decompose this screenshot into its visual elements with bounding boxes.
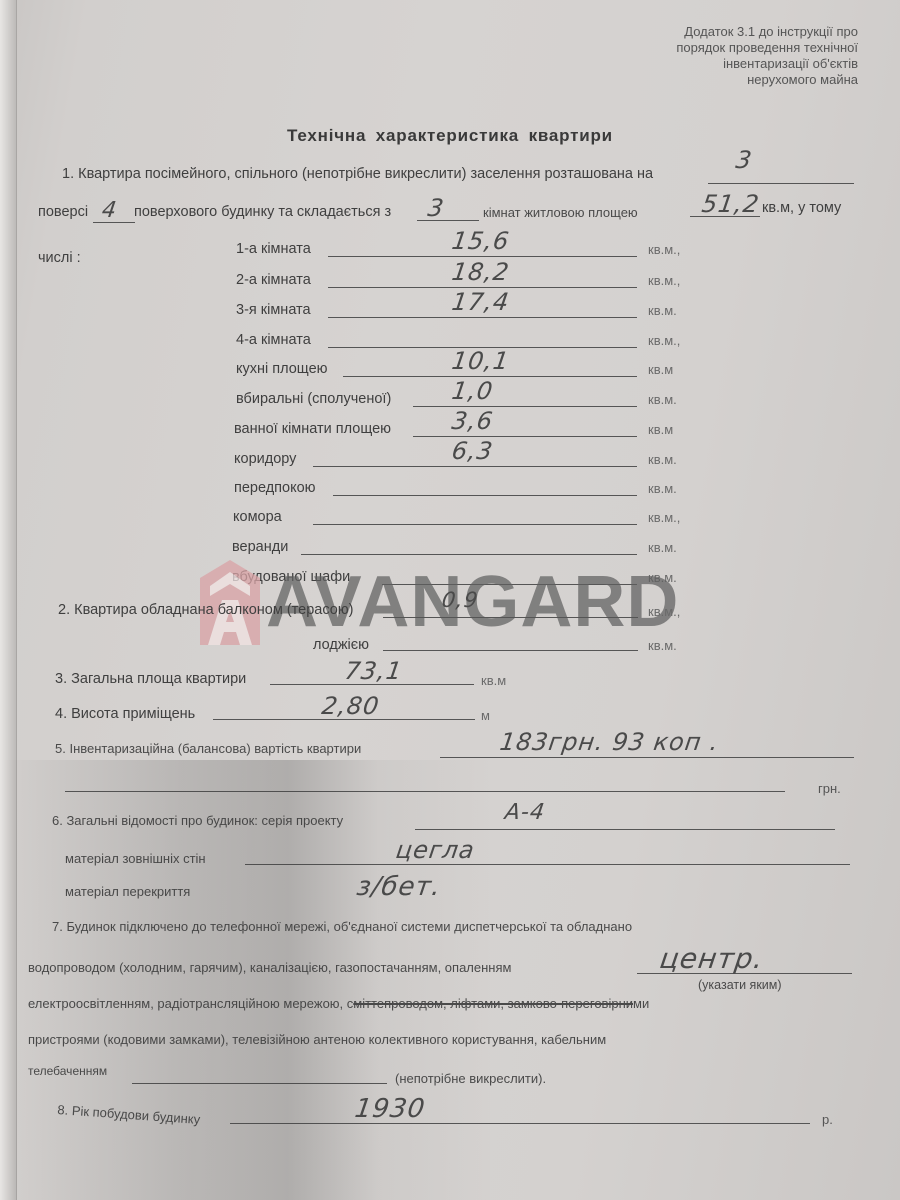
walls-value[interactable]: цегла [394, 836, 477, 864]
section7-line3-struck: міттепроводом, ліфтами, замково-перегові… [353, 996, 633, 1011]
series-value[interactable]: А-4 [503, 800, 547, 825]
room-row-unit: кв.м. [648, 303, 677, 318]
balcony-value[interactable]: 0,9 [440, 588, 480, 612]
balcony-unit: кв.м., [648, 604, 680, 619]
section1-suffix: кв.м, у тому [762, 200, 841, 216]
room-row-label: 1-а кімната [236, 241, 311, 257]
room-row-value[interactable]: 17,4 [450, 288, 511, 316]
floors-material-label: матеріал перекриття [65, 884, 190, 899]
room-row-label: передпокою [234, 480, 316, 496]
loggia-unit: кв.м. [648, 638, 677, 653]
year-unit: р. [822, 1112, 833, 1127]
room-row-label: коридору [234, 451, 296, 467]
section1-storeys-label: поверхового будинку та складається з [134, 204, 391, 220]
room-row-value[interactable]: 18,2 [450, 258, 511, 286]
value-field-line-2 [65, 791, 785, 792]
page-edge [0, 0, 17, 1200]
room-row-field-line [328, 256, 637, 257]
room-row-unit: кв.м [648, 362, 673, 377]
section7-line1: 7. Будинок підключено до телефонної мере… [52, 919, 632, 934]
section1-line1: 1. Квартира посімейного, спільного (непо… [62, 166, 653, 182]
room-row-unit: кв.м. [648, 481, 677, 496]
value-unit: грн. [818, 781, 841, 796]
section7-line3-plain: електроосвітленням, радіотрансляційною м… [28, 996, 353, 1011]
heating-value[interactable]: центр. [658, 942, 766, 975]
room-row-unit: кв.м., [648, 273, 680, 288]
section7-line4: пристроями (кодовими замками), телевізій… [28, 1032, 606, 1047]
room-row-label: веранди [232, 539, 288, 555]
room-row-unit: кв.м. [648, 392, 677, 407]
room-row-unit: кв.м. [648, 540, 677, 555]
section3-label: 3. Загальна площа квартири [55, 671, 246, 687]
room-row-field-line [313, 466, 637, 467]
appendix-line: Додаток 3.1 до інструкції про [676, 24, 858, 40]
room-row-unit: кв.м., [648, 510, 680, 525]
section5-label: 5. Інвентаризаційна (балансова) вартість… [55, 741, 361, 756]
room-row-unit: кв.м., [648, 333, 680, 348]
cable-tv-field-line [132, 1083, 387, 1084]
height-value[interactable]: 2,80 [320, 692, 381, 720]
living-area-value[interactable]: 51,2 [700, 190, 761, 218]
room-row-field-line [301, 554, 637, 555]
loggia-field-line [383, 650, 638, 651]
page-title: Технічна характеристика квартири [0, 126, 900, 146]
heating-hint: (указати яким) [698, 978, 782, 992]
section4-label: 4. Висота приміщень [55, 706, 195, 722]
room-row-label: вбудованої шафи [232, 569, 350, 585]
room-row-value[interactable]: 6,3 [450, 437, 495, 465]
room-row-label: вбиральні (сполученої) [236, 391, 391, 407]
room-row-unit: кв.м., [648, 242, 680, 257]
loggia-label: лоджією [313, 637, 369, 653]
room-row-field-line [328, 317, 637, 318]
walls-field-line [245, 864, 850, 865]
room-row-field-line [333, 495, 637, 496]
walls-label: матеріал зовнішніх стін [65, 851, 206, 866]
section7-line5-prefix: телебаченням [28, 1064, 107, 1078]
room-row-label: 4-а кімната [236, 332, 311, 348]
inventory-value[interactable]: 183грн. 93 коп . [498, 728, 721, 756]
appendix-line: інвентаризації об'єктів [676, 56, 858, 72]
room-row-value[interactable]: 10,1 [450, 347, 511, 375]
room-row-field-line [413, 436, 637, 437]
room-row-field-line [413, 406, 637, 407]
room-row-label: ванної кімнати площею [234, 421, 391, 437]
room-row-value[interactable]: 15,6 [450, 227, 511, 255]
room-row-unit: кв.м. [648, 570, 677, 585]
height-unit: м [481, 708, 490, 723]
section7-line3-end: ми [633, 996, 649, 1011]
series-field-line [415, 829, 835, 830]
room-row-unit: кв.м. [648, 452, 677, 467]
appendix-line: порядок проведення технічної [676, 40, 858, 56]
value-field-line [440, 757, 854, 758]
room-row-label: 3-я кімната [236, 302, 311, 318]
appendix-note: Додаток 3.1 до інструкції про порядок пр… [676, 24, 858, 88]
room-row-value[interactable]: 1,0 [450, 377, 495, 405]
room-row-label: комора [233, 509, 282, 525]
section7-line5-suffix: (непотрібне викреслити). [395, 1071, 546, 1086]
room-row-field-line [382, 584, 637, 585]
total-area-unit: кв.м [481, 673, 506, 688]
section1-including-label: числі : [38, 250, 81, 266]
section1-floor-label: поверсі [38, 204, 88, 220]
section2-label: 2. Квартира обладнана балконом (терасою) [58, 602, 354, 618]
year-field-line [230, 1123, 810, 1124]
year-value[interactable]: 1930 [353, 1094, 427, 1124]
appendix-line: нерухомого майна [676, 72, 858, 88]
room-row-label: 2-а кімната [236, 272, 311, 288]
section6-label: 6. Загальні відомості про будинок: серія… [52, 813, 343, 828]
section1-living-label: кімнат житловою площею [483, 205, 638, 220]
floor-field-line [708, 183, 854, 184]
section7-line3: електроосвітленням, радіотрансляційною м… [28, 996, 649, 1011]
balcony-field-line [383, 617, 638, 618]
room-row-unit: кв.м [648, 422, 673, 437]
room-row-field-line [313, 524, 637, 525]
room-row-label: кухні площею [236, 361, 328, 377]
section7-line2: водопроводом (холодним, гарячим), каналі… [28, 960, 511, 975]
room-row-value[interactable]: 3,6 [450, 407, 495, 435]
total-area-value[interactable]: 73,1 [343, 657, 404, 685]
floors-material-value[interactable]: з/бет. [355, 872, 443, 902]
